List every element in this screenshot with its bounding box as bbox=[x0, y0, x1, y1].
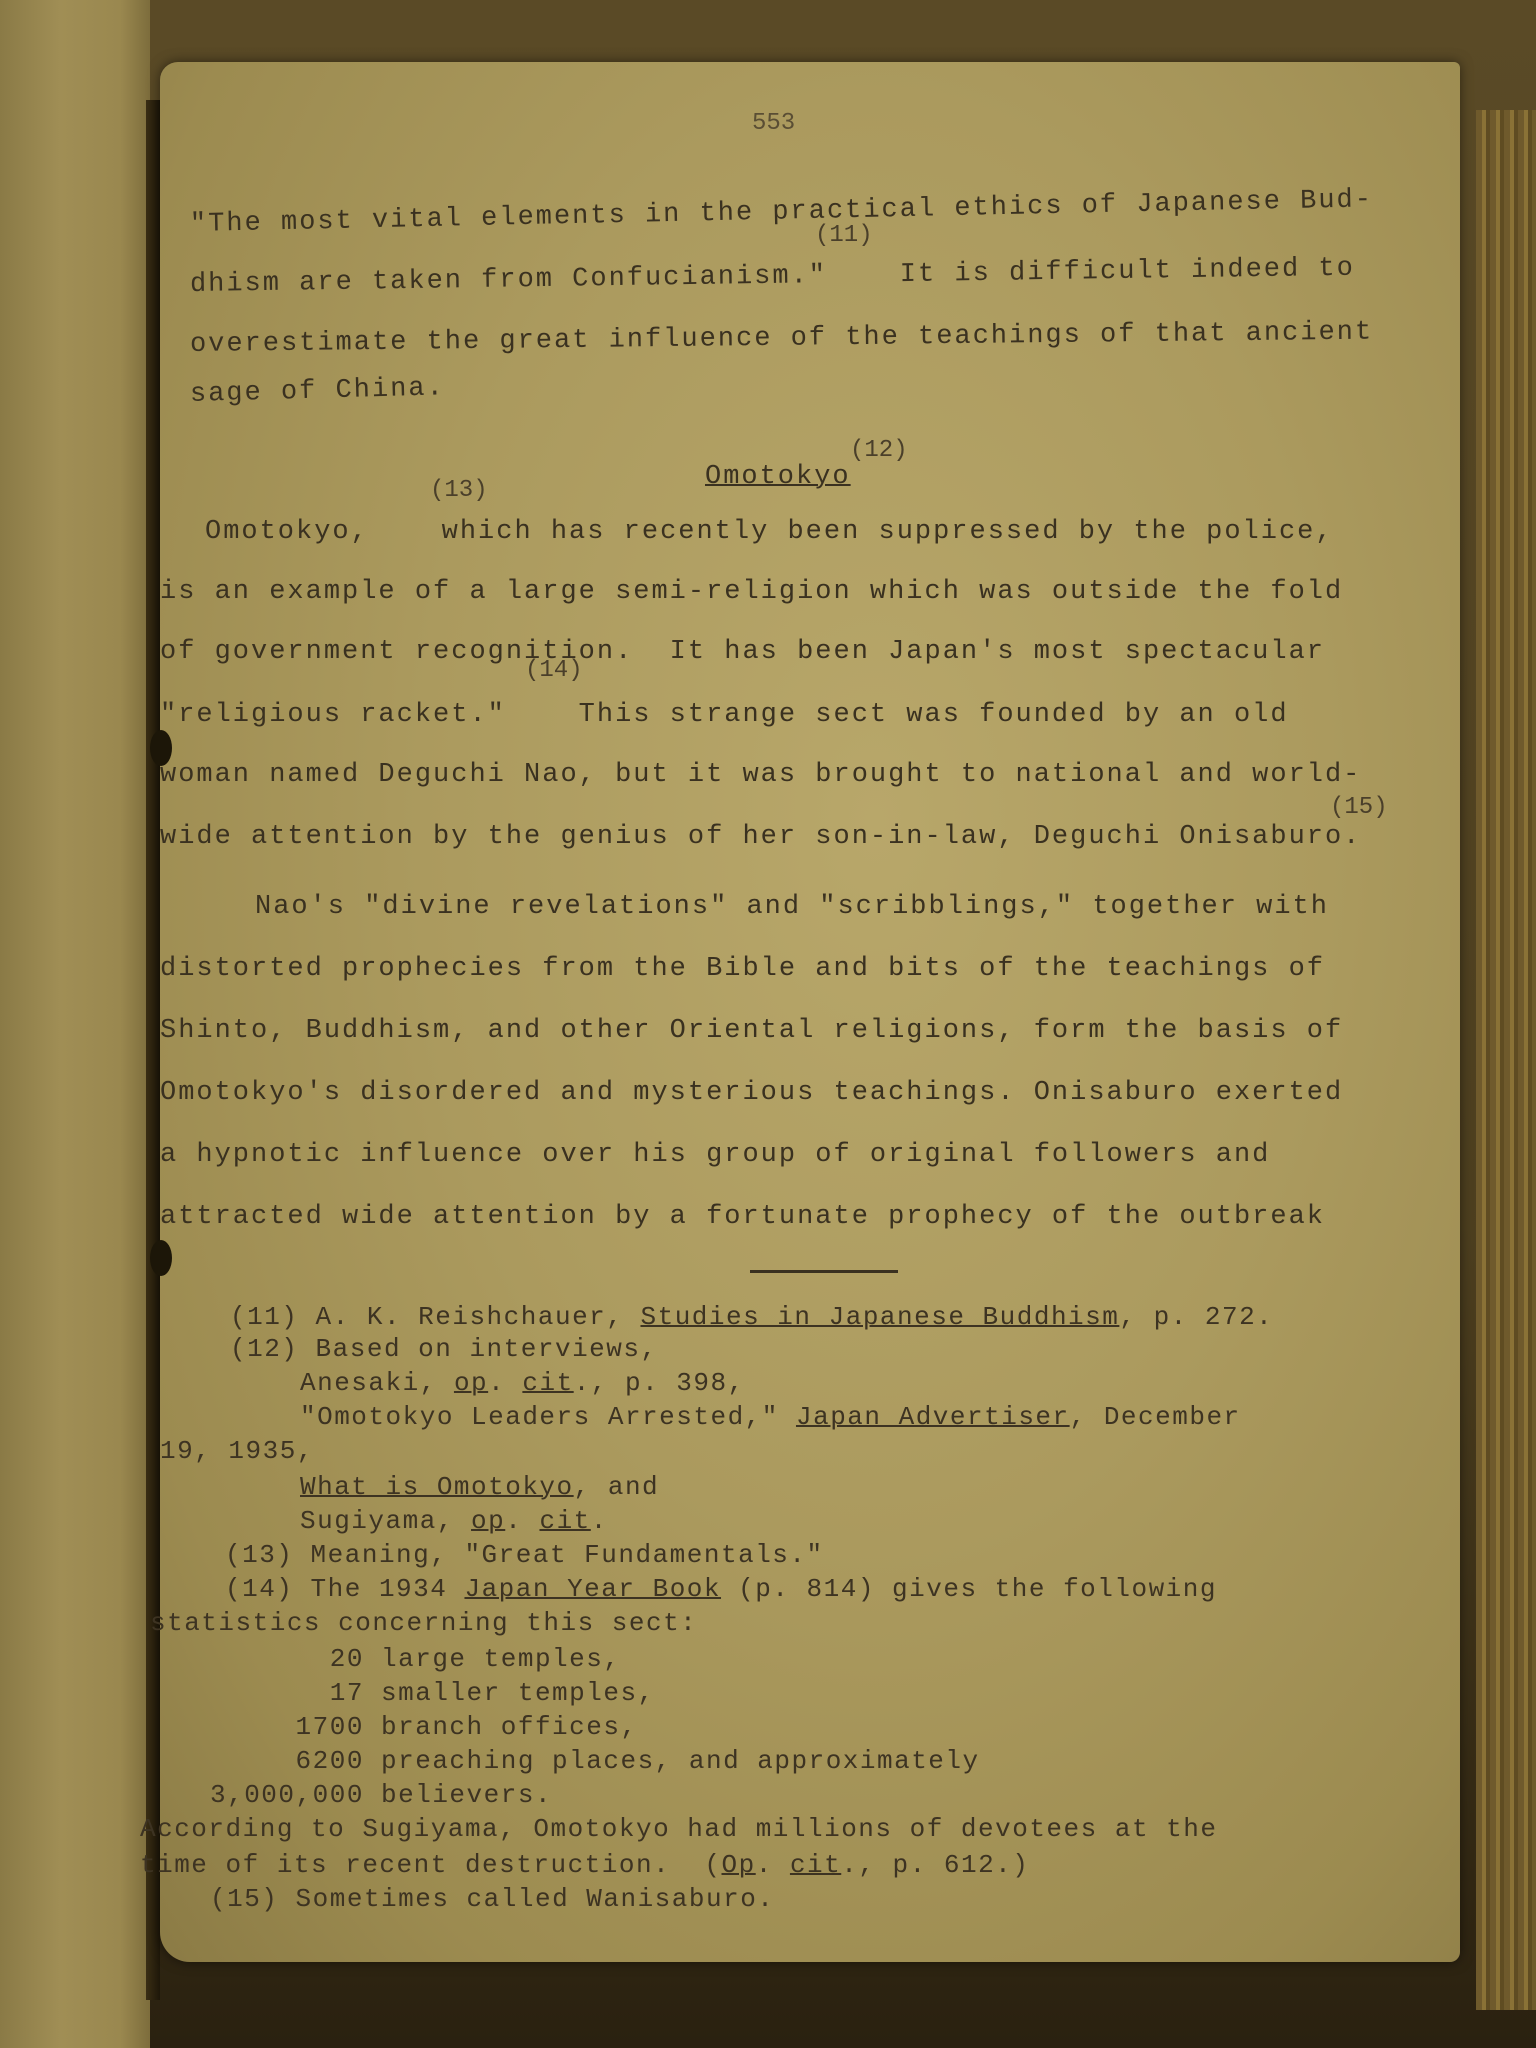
footnote-15: (15) Sometimes called Wanisaburo. bbox=[210, 1884, 774, 1914]
page-stack-edge bbox=[1476, 110, 1536, 2010]
footnote-ref-15: (15) bbox=[1330, 794, 1388, 821]
footnote-separator bbox=[750, 1270, 898, 1273]
document-page: 553 "The most vital elements in the prac… bbox=[160, 62, 1460, 1962]
facing-page bbox=[0, 0, 150, 2048]
binding-hole bbox=[150, 1240, 172, 1276]
footnote-11: (11) A. K. Reishchauer, Studies in Japan… bbox=[230, 1302, 1273, 1332]
footnote-ref-13: (13) bbox=[430, 477, 488, 504]
section-heading: Omotokyo bbox=[705, 462, 851, 492]
page-number: 553 bbox=[752, 110, 795, 137]
footnote-ref-14: (14) bbox=[525, 657, 583, 684]
footnote-13: (13) Meaning, "Great Fundamentals." bbox=[225, 1540, 824, 1570]
footnote-ref-12: (12) bbox=[850, 437, 908, 464]
footnote-ref-11: (11) bbox=[815, 222, 873, 249]
